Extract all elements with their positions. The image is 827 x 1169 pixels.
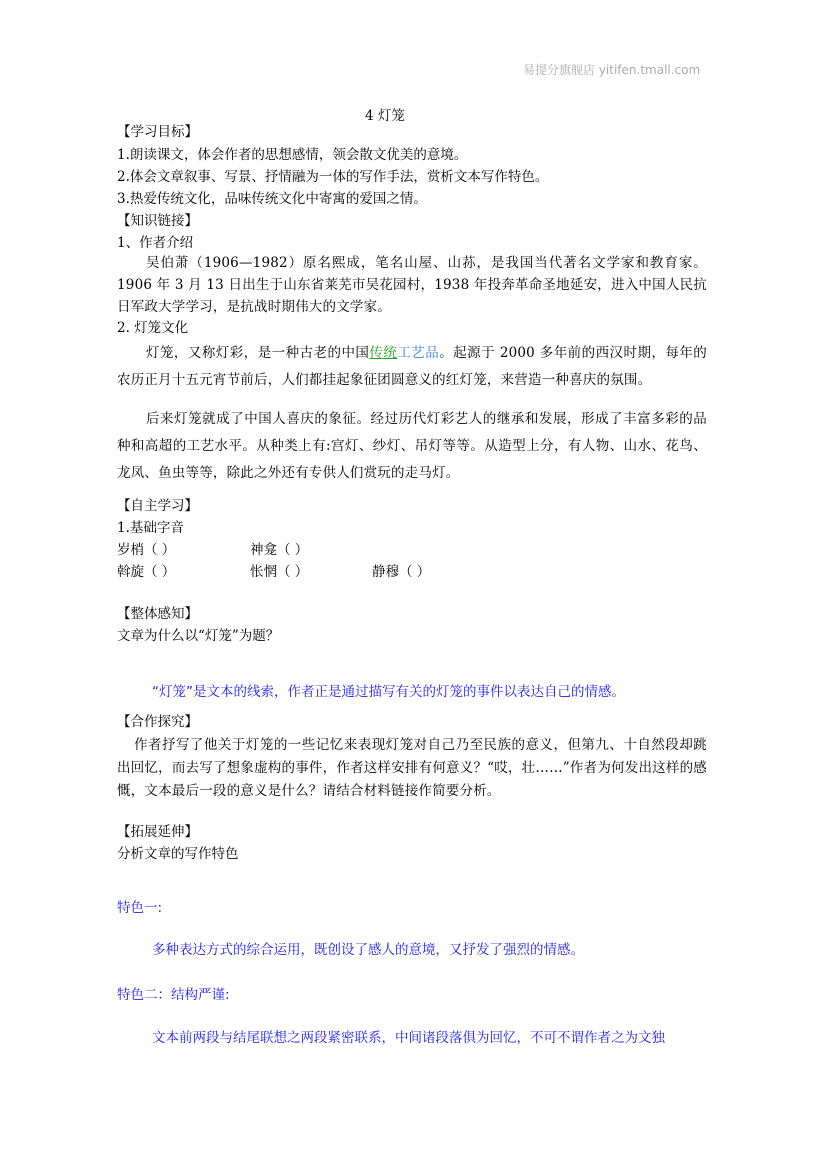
culture-heading: 2. 灯笼文化 bbox=[117, 318, 188, 338]
cooperate-paragraph: 作者抒写了他关于灯笼的一些记忆来表现灯笼对自己乃至民族的意义，但第九、十自然段却… bbox=[117, 734, 707, 803]
culture-paragraph-2: 后来灯笼就成了中国人喜庆的象征。经过历代灯彩艺人的继承和发展，形成了丰富多彩的品… bbox=[117, 406, 707, 487]
section-heading-self-study: 【自主学习】 bbox=[117, 496, 198, 516]
pinyin-item: 静穆（ ） bbox=[372, 562, 430, 582]
author-heading: 1、作者介绍 bbox=[117, 233, 193, 253]
culture-paragraph-1: 灯笼，又称灯彩，是一种古老的中国传统工艺品。起源于 2000 多年前的西汉时期，… bbox=[117, 340, 707, 394]
extend-prompt: 分析文章的写作特色 bbox=[117, 844, 239, 864]
section-heading-knowledge: 【知识链接】 bbox=[117, 211, 198, 231]
self-study-sub: 1.基础字音 bbox=[117, 518, 184, 538]
feature-2-text: 文本前两段与结尾联想之两段紧密联系，中间诸段落俱为回忆，不可不谓作者之为文独 bbox=[152, 1028, 665, 1048]
goal-item: 3.热爱传统文化，品味传统文化中寄寓的爱国之情。 bbox=[117, 189, 427, 209]
pinyin-item: 神龛（ ） bbox=[250, 540, 308, 560]
overall-answer: “灯笼”是文本的线索，作者正是通过描写有关的灯笼的事件以表达自己的情感。 bbox=[152, 682, 625, 702]
section-heading-extend: 【拓展延伸】 bbox=[117, 822, 198, 842]
culture-text-before: 灯笼，又称灯彩，是一种古老的中国 bbox=[146, 345, 369, 361]
goal-item: 2.体会文章叙事、写景、抒情融为一体的写作手法，赏析文本写作特色。 bbox=[117, 167, 548, 187]
feature-2-label: 特色二：结构严谨: bbox=[117, 985, 230, 1005]
watermark: 易提分旗舰店 yitifen.tmall.com bbox=[523, 61, 700, 78]
goal-item: 1.朗读课文，体会作者的思想感情，领会散文优美的意境。 bbox=[117, 145, 467, 165]
section-heading-cooperate: 【合作探究】 bbox=[117, 712, 198, 732]
feature-1-label: 特色一: bbox=[117, 898, 162, 918]
section-heading-overall: 【整体感知】 bbox=[117, 604, 198, 624]
pinyin-item: 斡旋（ ） bbox=[117, 562, 175, 582]
link-traditional[interactable]: 传统 bbox=[369, 345, 397, 361]
overall-question: 文章为什么以“灯笼”为题？ bbox=[117, 626, 279, 646]
section-heading-goals: 【学习目标】 bbox=[117, 122, 198, 142]
link-handicraft[interactable]: 工艺品 bbox=[397, 345, 439, 361]
pinyin-item: 岁梢（ ） bbox=[117, 540, 175, 560]
feature-1-text: 多种表达方式的综合运用，既创设了感人的意境，又抒发了强烈的情感。 bbox=[152, 940, 584, 960]
author-paragraph: 吴伯萧（1906—1982）原名熙成，笔名山屋、山荪，是我国当代著名文学家和教育… bbox=[117, 252, 707, 318]
pinyin-item: 怅惘（ ） bbox=[250, 562, 308, 582]
page-title: 4 灯笼 bbox=[365, 104, 405, 124]
